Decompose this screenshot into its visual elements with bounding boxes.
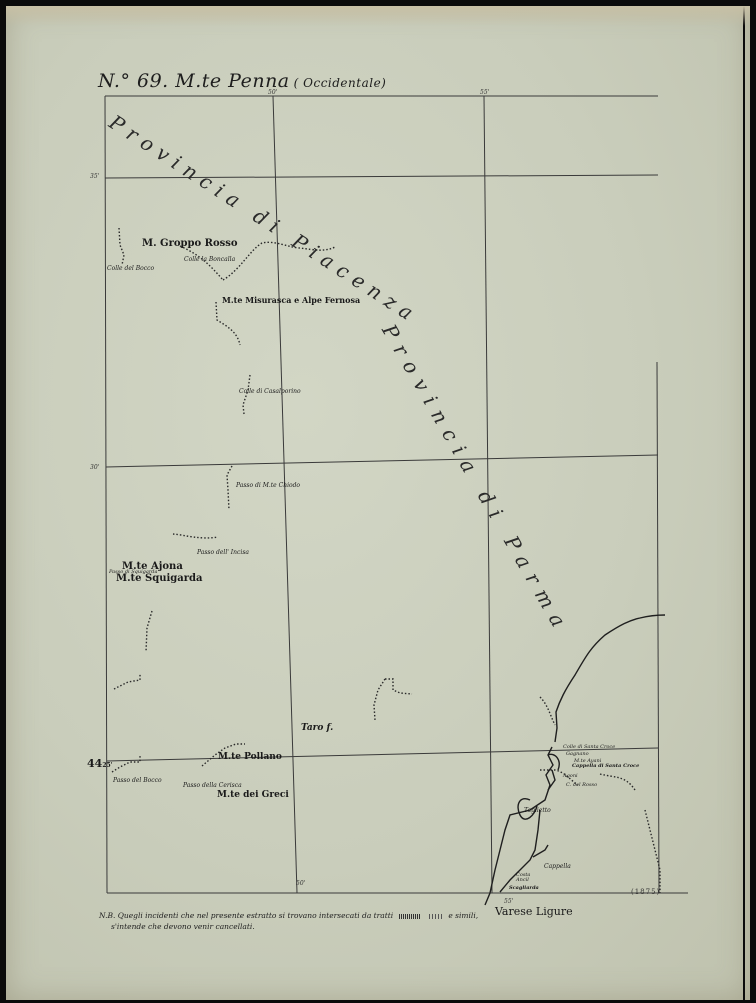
map-title-text: N.° 69. M.te Penna	[98, 70, 290, 92]
grid-v-right	[657, 362, 659, 893]
tick-top-55: 55'	[480, 90, 489, 96]
pass-colle-di-casalporino: Colle di Casalporino	[239, 389, 301, 395]
tick-left-30: 30'	[90, 465, 99, 471]
map-subtitle: ( Occidentale)	[294, 76, 387, 90]
peak-misurasca: M.te Misurasca e Alpe Fernosa	[222, 296, 360, 304]
pass-cerisca: Passo della Cerisca	[183, 783, 242, 789]
footnote: N.B. Quegli incidenti che nel presente e…	[99, 910, 478, 932]
pass-monte-chiodo: Passo di M.te Chiodo	[236, 483, 300, 489]
town-varese-ligure: Varese Ligure	[495, 906, 573, 917]
pass-colle-del-bocco: Colle del Bocco	[107, 266, 154, 272]
place-scagliarda: Scagliarda	[509, 886, 539, 891]
pass-colle-la-boncalla: Colle la Boncalla	[184, 257, 235, 263]
map-title: N.° 69. M.te Penna( Occidentale)	[98, 70, 386, 92]
year-label: (1875)	[631, 889, 660, 896]
river-taro-label: Taro f.	[301, 724, 333, 733]
place-gagnano: Gagnano	[566, 752, 589, 757]
hatch-sample-2	[429, 914, 443, 919]
peak-dei-greci: M.te dei Greci	[217, 791, 289, 800]
map-graphics	[6, 6, 750, 1000]
place-taglietto: Taglietto	[524, 808, 551, 814]
place-cappella-santa-croce: Cappella di Santa Croce	[572, 764, 639, 769]
tick-left-35: 35'	[90, 174, 99, 180]
map-sheet: N.° 69. M.te Penna( Occidentale) 50' 55'…	[6, 6, 750, 1000]
footnote-line-1: N.B. Quegli incidenti che nel presente e…	[99, 911, 393, 920]
hatch-sample	[399, 914, 421, 919]
pass-squigarda: Passo di Squigarda	[109, 570, 157, 575]
frame-left	[105, 96, 107, 893]
footnote-line-2: e simili,	[448, 911, 478, 920]
place-cappella: Cappella	[544, 864, 571, 870]
tick-left-44-25: 4425'	[87, 758, 113, 769]
tick-top-50: 50'	[268, 90, 277, 96]
pass-incisa: Passo dell' Incisa	[197, 550, 249, 556]
place-costa-ancil: Costa Ancil	[516, 873, 540, 883]
footnote-line-3: s'intende che devono venir cancellati.	[111, 922, 255, 931]
peak-groppo-rosso: M. Groppo Rosso	[142, 239, 238, 249]
grid-h-30	[106, 455, 658, 467]
peak-pollano: M.te Pollano	[218, 753, 282, 762]
place-agoni: Agoni	[563, 774, 578, 779]
place-c-del-rosso: C. del Rosso	[566, 783, 597, 788]
tick-bottom-50: 50'	[296, 881, 305, 887]
peak-squigarda: M.te Squigarda	[116, 574, 203, 584]
pass-del-bocco: Passo del Bocco	[113, 778, 162, 784]
place-colle-santa-croce: Colle di Santa Croce	[563, 745, 615, 750]
